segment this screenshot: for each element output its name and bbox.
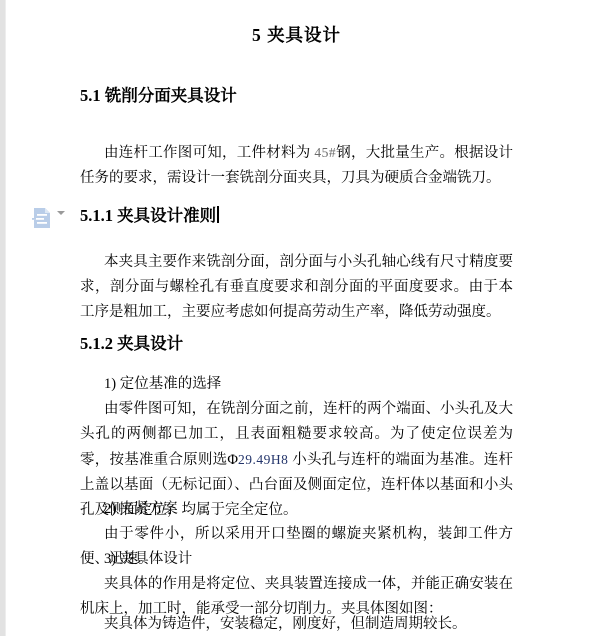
paragraph-material: 由连杆工作图可知，工件材料为 45#钢，大批量生产。根据设计任务的要求，需设计一… xyxy=(80,140,513,191)
numbered-item-2: 2) 夹紧方案 xyxy=(80,497,513,522)
chevron-down-icon[interactable] xyxy=(57,215,66,222)
paragraph-design-criteria: 本夹具主要作来铣剖分面，剖分面与小头孔轴心线有尺寸精度要求，剖分面与螺栓孔有垂直… xyxy=(80,250,513,325)
paragraph-casting-note: 夹具体为铸造件，安装稳定，刚度好，但制造周期较长。 xyxy=(80,612,513,636)
numbered-item-3: 3) 夹具体设计 xyxy=(80,547,513,572)
section-heading-5-1: 5.1 铣削分面夹具设计 xyxy=(80,84,513,108)
page-left-edge xyxy=(0,0,6,636)
heading-text: 5.1.1 夹具设计准则 xyxy=(80,206,216,225)
paragraph-text: 由连杆工作图可知，工件材料为 xyxy=(104,145,314,161)
material-grade-value: 45# xyxy=(314,145,336,160)
section-heading-5-1-2: 5.1.2 夹具设计 xyxy=(80,332,513,356)
section-heading-5-1-1: 5.1.1 夹具设计准则 xyxy=(80,204,513,228)
document-page: 5 夹具设计 5.1 铣削分面夹具设计 由连杆工作图可知，工件材料为 45#钢，… xyxy=(0,0,593,636)
text-cursor xyxy=(217,206,219,223)
hole-diameter-value: 29.49H8 xyxy=(238,452,288,467)
chapter-title: 5 夹具设计 xyxy=(80,22,513,48)
paste-options-button[interactable] xyxy=(31,206,73,232)
numbered-item-1: 1) 定位基准的选择 xyxy=(80,372,513,397)
paste-options-icon xyxy=(31,206,53,237)
